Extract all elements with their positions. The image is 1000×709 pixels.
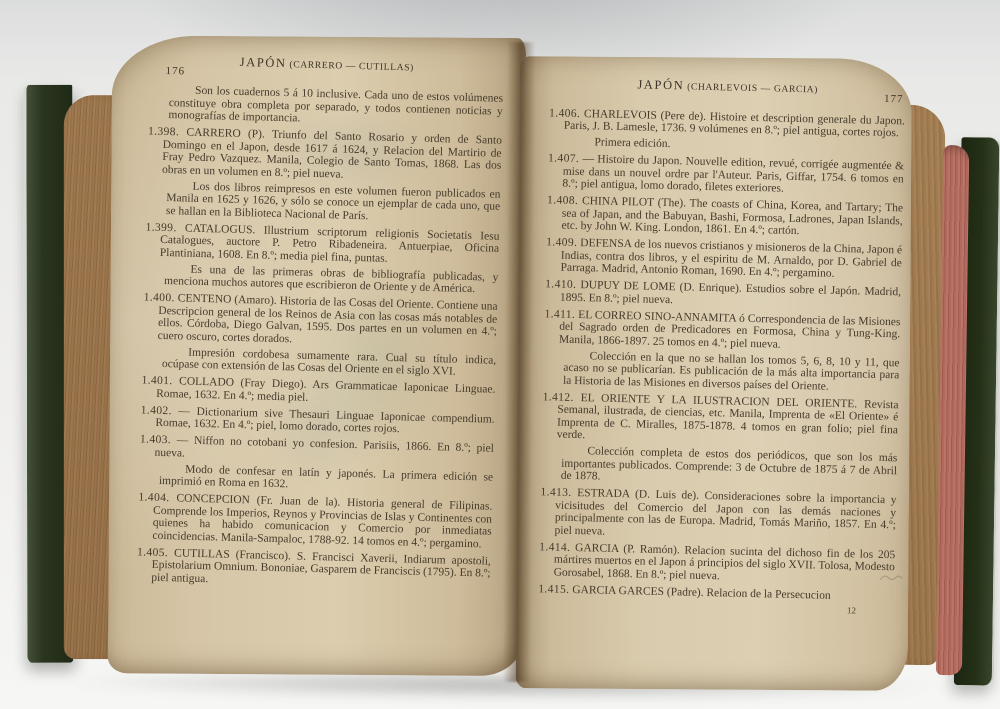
entry-number: 1.408.	[547, 194, 578, 207]
entry-number: 1.413.	[540, 486, 571, 499]
entry-number: 1.398.	[148, 126, 179, 139]
entry-number: 1.415.	[538, 583, 569, 596]
entry-text: CATALOGUS. Illustrium scriptorum religio…	[160, 222, 500, 264]
entry-text: EL CORREO SINO-ANNAMITA ó Correspondenci…	[559, 309, 901, 351]
entry-text: CARRERO (P). Triunfo del Santo Rosario y…	[162, 127, 502, 181]
entry-number: 1.406.	[549, 107, 580, 120]
entry-note: Impresión cordobesa sumamente rara. Cual…	[162, 345, 497, 379]
entry-text: EL ORIENTE Y LA ILUSTRACION DEL ORIENTE.…	[557, 392, 899, 442]
entry-number: 1.402.	[141, 404, 172, 417]
running-head-left: 176 JAPÓN (CARRERO — CUTILLAS)	[149, 54, 504, 89]
entry-note: Colección en la que no se hallan los tom…	[563, 349, 900, 394]
running-head-range: (CARRERO — CUTILLAS)	[289, 59, 414, 73]
entry: 1.404. CONCEPCION (Fr. Juan de la). Hist…	[137, 491, 492, 550]
entry-note: Colección completa de estos dos periódic…	[561, 445, 898, 490]
entry: 1.406. CHARLEVOIS (Pere de). Histoire et…	[549, 107, 905, 140]
open-book: 176 JAPÓN (CARRERO — CUTILLAS) Son los c…	[12, 3, 989, 704]
entry-number: 1.401.	[141, 374, 172, 387]
entry: 1.413. ESTRADA (D. Luis de). Consideraci…	[539, 486, 896, 544]
entry-number: 1.399.	[145, 221, 176, 234]
entry-number: 1.410.	[545, 278, 576, 291]
entry: 1.401. COLLADO (Fray Diego). Ars Grammat…	[141, 374, 496, 408]
entry-text: — Histoire du Japon. Nouvelle edition, r…	[562, 153, 904, 195]
entry: 1.407. — Histoire du Japon. Nouvelle edi…	[547, 152, 904, 198]
entry-text: — Dictionarium sive Thesauri Linguae Iap…	[155, 405, 495, 435]
book-gutter-shadow	[503, 42, 535, 682]
entry-text: GARCIA (P. Ramón). Relacion sucinta del …	[554, 542, 896, 582]
entry: 1.398. CARRERO (P). Triunfo del Santo Ro…	[147, 126, 502, 185]
entry: 1.400. CENTENO (Amaro). Historia de las …	[143, 291, 498, 350]
entry-text: DUPUY DE LOME (D. Enrique). Estudios sob…	[560, 279, 901, 306]
entry-note: Los dos libros reimpresos en este volume…	[166, 180, 501, 226]
running-head-right: JAPÓN (CHARLEVOIS — GARCIA) 177	[549, 76, 905, 110]
entry-text: ESTRADA (D. Luis de). Consideraciones so…	[555, 487, 897, 537]
entry-text: CHINA PILOT (The). The coasts of China, …	[561, 195, 903, 237]
page-number-right: 177	[884, 93, 904, 106]
entry: 1.399. CATALOGUS. Illustrium scriptorum …	[145, 221, 500, 268]
photo-background: 176 JAPÓN (CARRERO — CUTILLAS) Son los c…	[0, 0, 1000, 709]
entry-number: 1.404.	[138, 491, 169, 504]
right-page-text-block: JAPÓN (CHARLEVOIS — GARCIA) 177 1.406. C…	[538, 76, 906, 617]
entry-number: 1.405.	[137, 546, 168, 559]
left-page: 176 JAPÓN (CARRERO — CUTILLAS) Son los c…	[108, 35, 526, 676]
entry-number: 1.414.	[539, 541, 570, 554]
entry-number: 1.412.	[543, 391, 574, 404]
entry-note: Modo de confesar en latín y japonés. La …	[159, 462, 494, 496]
entry: 1.410. DUPUY DE LOME (D. Enrique). Estud…	[545, 278, 901, 311]
entry-text: COLLADO (Fray Diego). Ars Grammaticae Ia…	[156, 375, 496, 403]
entry-text: DEFENSA de los nuevos cristianos y misio…	[560, 237, 902, 280]
entry: 1.412. EL ORIENTE Y LA ILUSTRACION DEL O…	[542, 391, 899, 449]
entry-text: CUTILLAS (Francisco). S. Francisci Xaver…	[151, 547, 491, 585]
entry-number: 1.409.	[546, 236, 577, 249]
entry-text: CENTENO (Amaro). Historia de las Cosas d…	[158, 292, 498, 345]
running-head-title: JAPÓN	[240, 55, 287, 70]
entry-number: 1.403.	[140, 433, 171, 446]
entry: 1.405. CUTILLAS (Francisco). S. Francisc…	[136, 546, 491, 593]
entry-number: 1.407.	[548, 152, 579, 165]
entry-text: — Niffon no cotobani yo confesion. Paris…	[154, 434, 494, 459]
running-head-title: JAPÓN	[637, 77, 684, 92]
entry-note: Primera edición.	[568, 136, 904, 156]
entry: 1.402. — Dictionarium sive Thesauri Ling…	[140, 404, 495, 438]
entry: 1.414. GARCIA (P. Ramón). Relacion sucin…	[539, 541, 896, 587]
entry-number: 1.400.	[144, 291, 175, 304]
running-head-range: (CHARLEVOIS — GARCIA)	[687, 81, 818, 95]
entry: 1.411. EL CORREO SINO-ANNAMITA ó Corresp…	[544, 308, 901, 354]
carryover-note: Son los cuadernos 5 á 10 inclusive. Cada…	[168, 84, 503, 130]
entry-note: Es una de las primeras obras de bibliogr…	[164, 263, 499, 297]
entry: 1.409. DEFENSA de los nuevos cristianos …	[545, 236, 902, 282]
entry-text: CHARLEVOIS (Pere de). Histoire et descri…	[564, 108, 905, 140]
entry-number: 1.411.	[544, 308, 575, 321]
entry-text: CONCEPCION (Fr. Juan de la). Historia ge…	[152, 492, 492, 549]
entry: 1.408. CHINA PILOT (The). The coasts of …	[546, 194, 903, 240]
page-number-left: 176	[165, 65, 185, 78]
pencil-marginalia	[878, 571, 904, 585]
left-page-text-block: 176 JAPÓN (CARRERO — CUTILLAS) Son los c…	[136, 54, 504, 593]
right-page: JAPÓN (CHARLEVOIS — GARCIA) 177 1.406. C…	[516, 56, 912, 691]
